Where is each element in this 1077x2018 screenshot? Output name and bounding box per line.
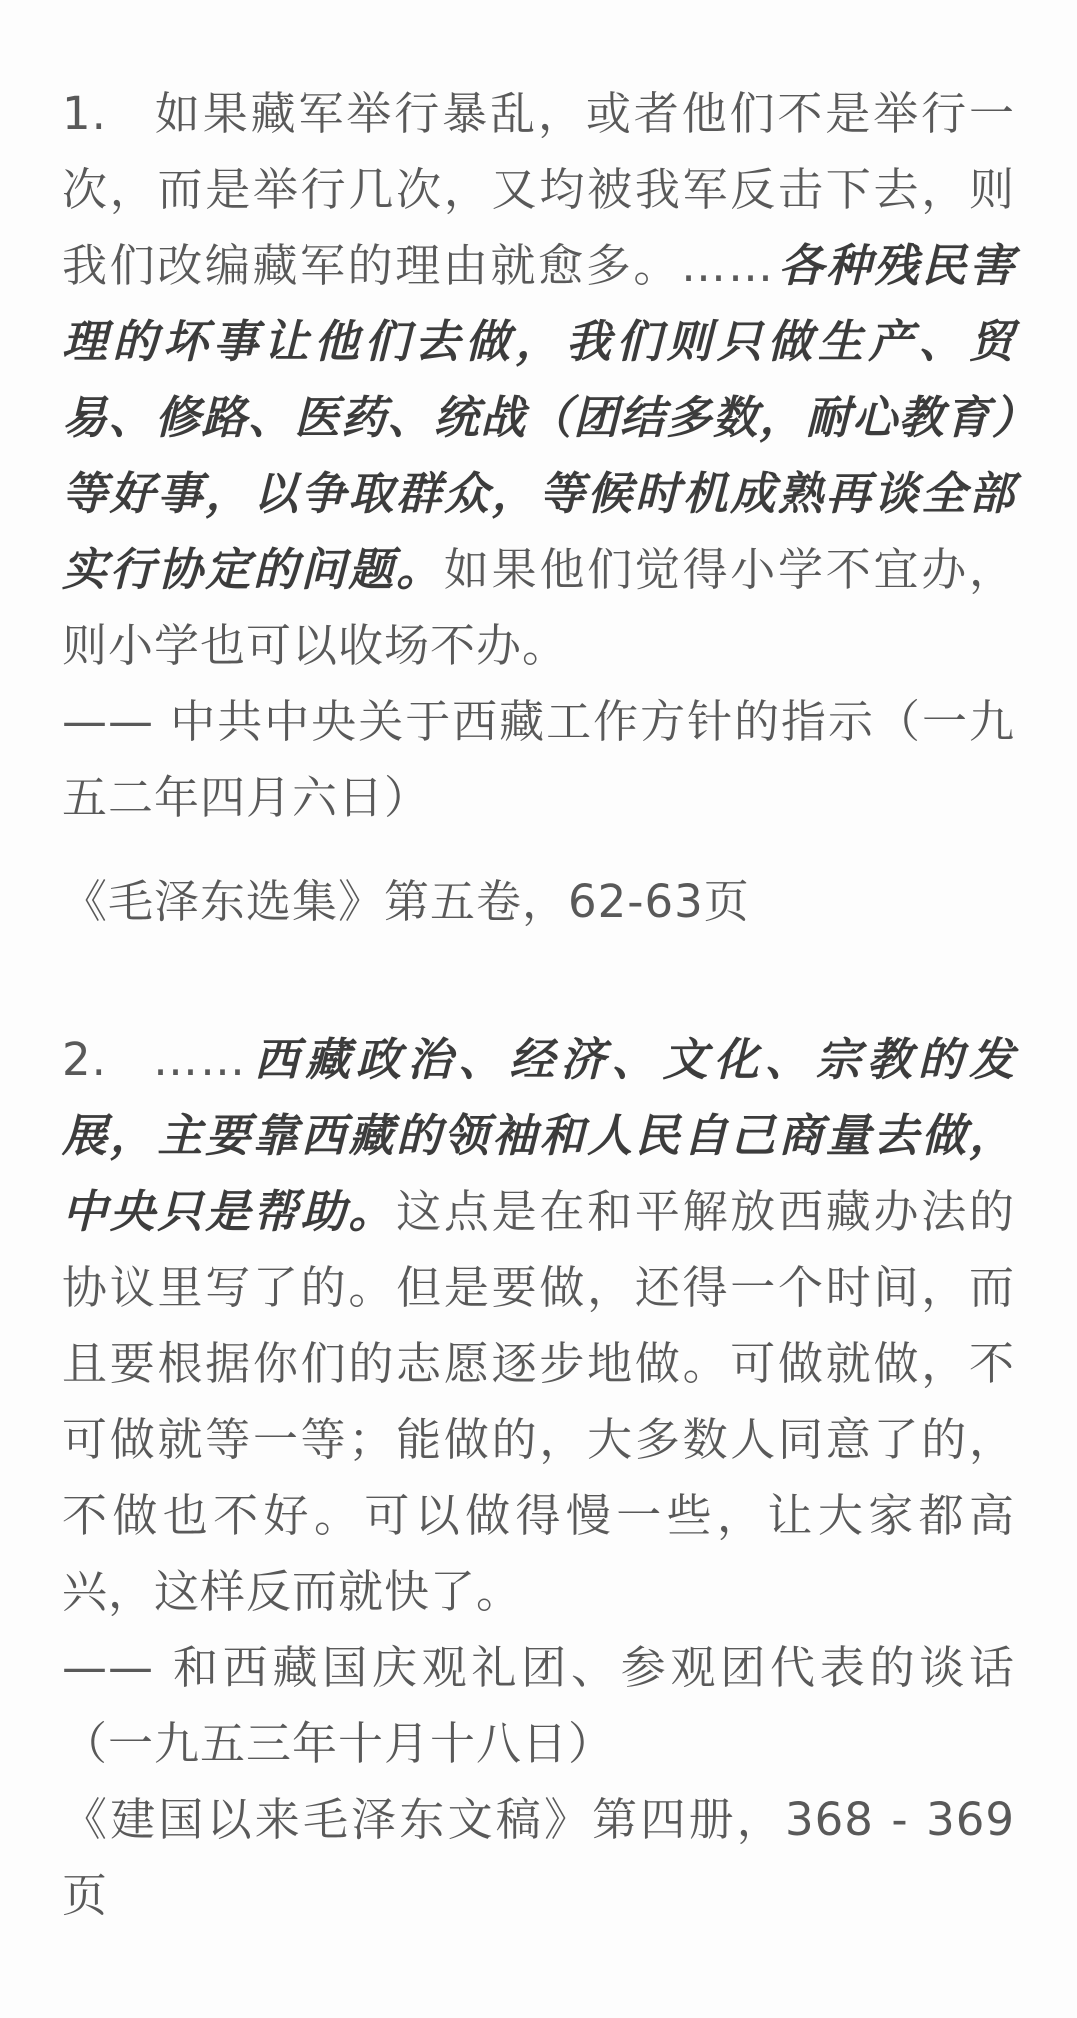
source-line-2: 《建国以来毛泽东文稿》第四册，368 - 369页	[62, 1782, 1015, 1934]
quote-2-ellipsis: ……	[153, 1033, 247, 1086]
quote-paragraph-1: 1.如果藏军举行暴乱，或者他们不是举行一次，而是举行几次，又均被我军反击下去，则…	[62, 76, 1015, 684]
document: 1.如果藏军举行暴乱，或者他们不是举行一次，而是举行几次，又均被我军反击下去，则…	[0, 0, 1077, 1934]
quote-section-1: 1.如果藏军举行暴乱，或者他们不是举行一次，而是举行几次，又均被我军反击下去，则…	[62, 76, 1015, 940]
source-line-1: 《毛泽东选集》第五卷，62-63页	[62, 864, 1015, 940]
quote-2-regular-text: 这点是在和平解放西藏办法的协议里写了的。但是要做，还得一个时间，而且要根据你们的…	[62, 1185, 1015, 1618]
attribution-line-2: —— 和西藏国庆观礼团、参观团代表的谈话（一九五三年十月十八日）	[62, 1630, 1015, 1782]
attribution-line-1: —— 中共中央关于西藏工作方针的指示（一九五二年四月六日）	[62, 684, 1015, 836]
list-number-1: 1.	[62, 76, 107, 152]
quote-section-2: 2.……西藏政治、经济、文化、宗教的发展，主要靠西藏的领袖和人民自己商量去做，中…	[62, 1022, 1015, 1934]
quote-paragraph-2: 2.……西藏政治、经济、文化、宗教的发展，主要靠西藏的领袖和人民自己商量去做，中…	[62, 1022, 1015, 1630]
list-number-2: 2.	[62, 1022, 107, 1098]
quote-1-ellipsis: ……	[681, 239, 775, 292]
